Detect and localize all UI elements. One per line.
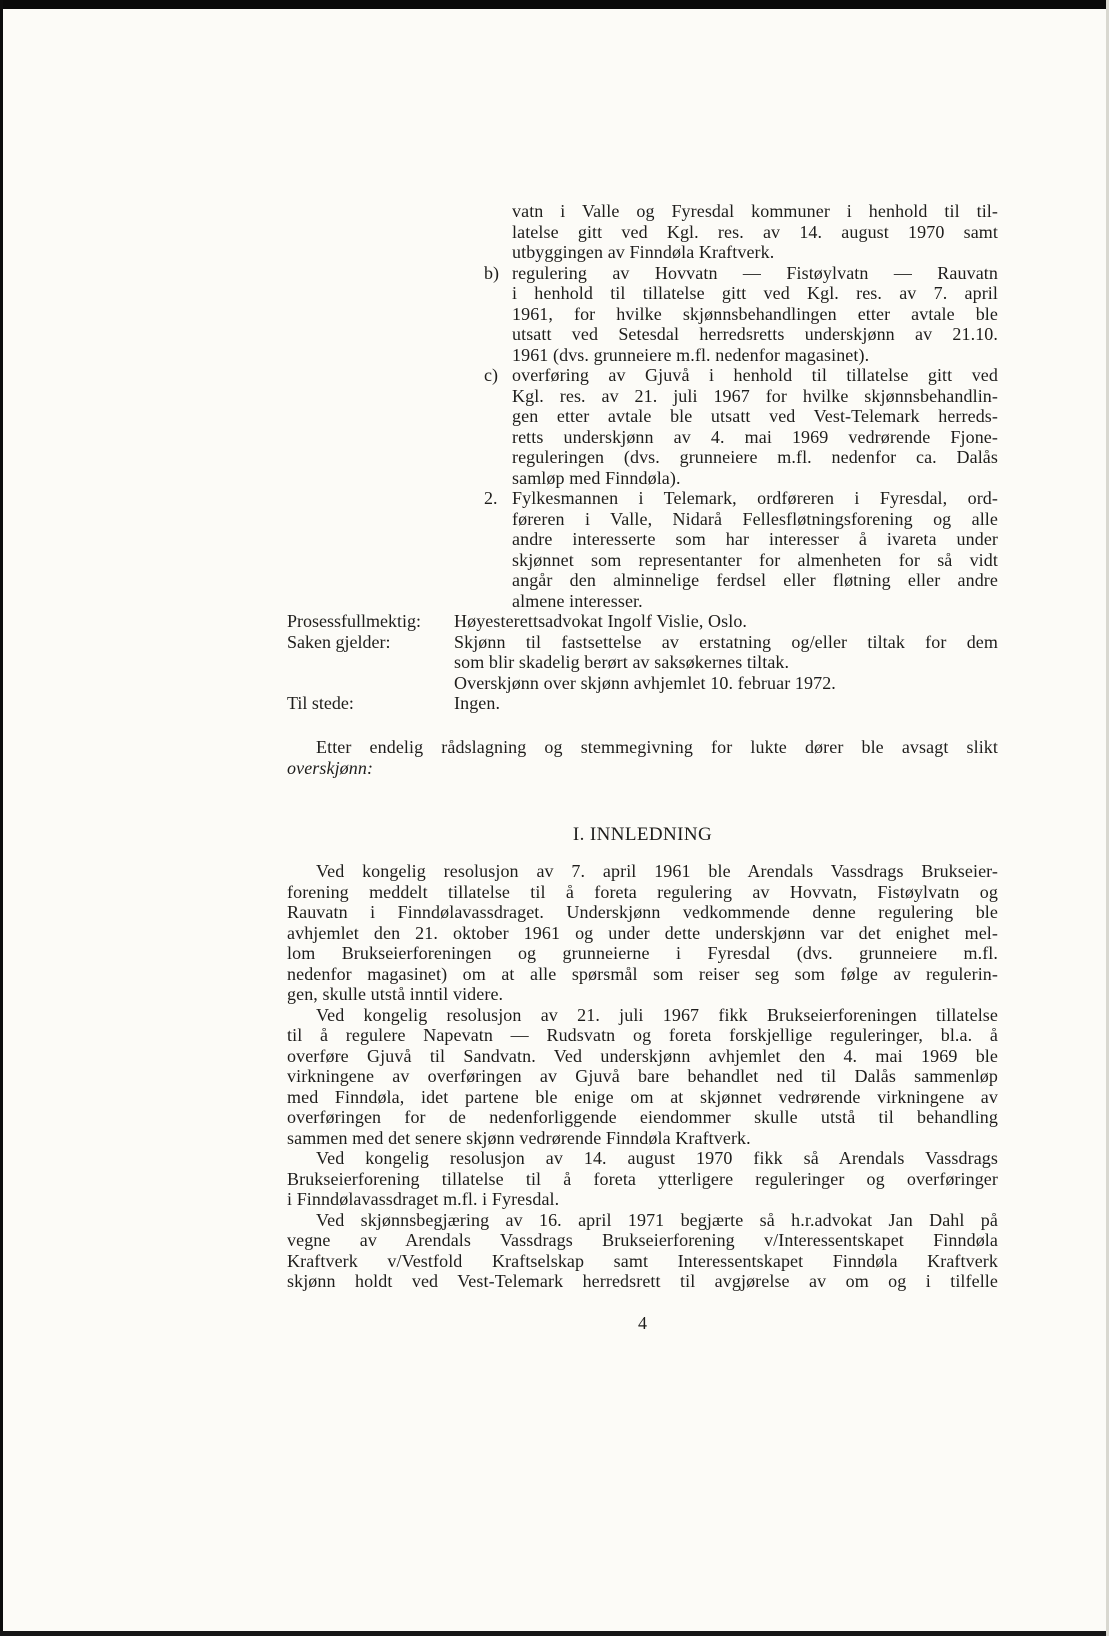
decision-intro-line-2: overskjønn:	[287, 758, 998, 779]
text-line: føreren i Valle, Nidarå Fellesfløtningsf…	[512, 509, 998, 530]
text-line: Ved kongelig resolusjon av 21. juli 1967…	[287, 1005, 998, 1026]
meta-label-prosessfullmektig: Prosessfullmektig:	[287, 611, 421, 632]
text-line: utbyggingen av Finndøla Kraftverk.	[512, 242, 998, 263]
text-line: Fylkesmannen i Telemark, ordføreren i Fy…	[512, 488, 998, 509]
meta-row-saken-gjelder: Saken gjelder: Skjønn til fastsettelse a…	[287, 632, 998, 694]
text-line: forening meddelt tillatelse til å foreta…	[287, 882, 998, 903]
text-line: reguleringen (dvs. grunneiere m.fl. nede…	[512, 447, 998, 468]
section-heading: I. INNLEDNING	[287, 825, 998, 846]
paragraph-4: Ved skjønnsbegjæring av 16. april 1971 b…	[287, 1210, 998, 1292]
case-meta: Prosessfullmektig: Høyesterettsadvokat I…	[287, 611, 998, 714]
text-line: overføringen for de nedenforliggende eie…	[287, 1107, 998, 1128]
section-body: Ved kongelig resolusjon av 7. april 1961…	[287, 861, 998, 1292]
meta-label-saken-gjelder: Saken gjelder:	[287, 632, 390, 653]
decision-intro: Etter endelig rådslagning og stemmegivni…	[287, 737, 998, 778]
text-line: nedenfor magasinet) om at alle spørsmål …	[287, 964, 998, 985]
text-line: vegne av Arendals Vassdrags Brukseierfor…	[287, 1230, 998, 1251]
text-line: Ved skjønnsbegjæring av 16. april 1971 b…	[287, 1210, 998, 1231]
text-line: almene interesser.	[512, 591, 998, 612]
scan-edge-top	[0, 0, 1109, 9]
list-marker-c: c)	[484, 365, 498, 386]
paragraph-1: Ved kongelig resolusjon av 7. april 1961…	[287, 861, 998, 1005]
list-item-a-continuation: vatn i Valle og Fyresdal kommuner i henh…	[484, 201, 998, 263]
scan-edge-left	[0, 0, 3, 1636]
text-line: Skjønn til fastsettelse av erstatning og…	[454, 632, 998, 653]
text-line: Overskjønn over skjønn avhjemlet 10. feb…	[454, 673, 998, 694]
list-item-2-lines: Fylkesmannen i Telemark, ordføreren i Fy…	[512, 488, 998, 611]
text-line: samløp med Finndøla).	[512, 468, 998, 489]
text-line: overføring av Gjuvå i henhold til tillat…	[512, 365, 998, 386]
text-line: Ingen.	[454, 693, 998, 714]
meta-row-til-stede: Til stede: Ingen.	[287, 693, 998, 714]
scanned-document-page: vatn i Valle og Fyresdal kommuner i henh…	[0, 0, 1109, 1636]
text-line: i henhold til tillatelse gitt ved Kgl. r…	[512, 283, 998, 304]
list-item-c-lines: overføring av Gjuvå i henhold til tillat…	[512, 365, 998, 488]
paragraph-3: Ved kongelig resolusjon av 14. august 19…	[287, 1148, 998, 1210]
text-line: overføre Gjuvå til Sandvatn. Ved undersk…	[287, 1046, 998, 1067]
page-number: 4	[287, 1313, 998, 1334]
text-line: gen, skulle utstå inntil videre.	[287, 984, 998, 1005]
meta-row-prosessfullmektig: Prosessfullmektig: Høyesterettsadvokat I…	[287, 611, 998, 632]
text-line: andre interesserte som har interesser å …	[512, 529, 998, 550]
case-subject-list: vatn i Valle og Fyresdal kommuner i henh…	[484, 201, 998, 611]
text-line: angår den alminnelige ferdsel eller fløt…	[512, 570, 998, 591]
text-line: til å regulere Napevatn — Rudsvatn og fo…	[287, 1025, 998, 1046]
saken-gjelder-sentence-1: Skjønn til fastsettelse av erstatning og…	[454, 632, 998, 673]
text-line: 1961 (dvs. grunneiere m.fl. nedenfor mag…	[512, 345, 998, 366]
text-line: retts underskjønn av 4. mai 1969 vedrøre…	[512, 427, 998, 448]
meta-value-saken-gjelder: Skjønn til fastsettelse av erstatning og…	[454, 632, 998, 694]
text-line: avhjemlet den 21. oktober 1961 og under …	[287, 923, 998, 944]
text-line: Brukseierforening tillatelse til å foret…	[287, 1169, 998, 1190]
text-line: Kraftverk v/Vestfold Kraftselskap samt I…	[287, 1251, 998, 1272]
list-item-b-lines: regulering av Hovvatn — Fistøylvatn — Ra…	[512, 263, 998, 366]
list-item-b: b) regulering av Hovvatn — Fistøylvatn —…	[484, 263, 998, 366]
text-line: 1961, for hvilke skjønnsbehandlingen ett…	[512, 304, 998, 325]
text-line: skjønn holdt ved Vest-Telemark herredsre…	[287, 1271, 998, 1292]
text-line: Rauvatn i Finndølavassdraget. Underskjøn…	[287, 902, 998, 923]
text-line: vatn i Valle og Fyresdal kommuner i henh…	[512, 201, 998, 222]
list-item-a-lines: vatn i Valle og Fyresdal kommuner i henh…	[512, 201, 998, 263]
text-line: Høyesterettsadvokat Ingolf Vislie, Oslo.	[454, 611, 998, 632]
text-line: regulering av Hovvatn — Fistøylvatn — Ra…	[512, 263, 998, 284]
text-line: i Finndølavassdraget m.fl. i Fyresdal.	[287, 1189, 998, 1210]
meta-value-prosessfullmektig: Høyesterettsadvokat Ingolf Vislie, Oslo.	[454, 611, 998, 632]
text-line: virkningene av overføringen av Gjuvå bar…	[287, 1066, 998, 1087]
text-line: lom Brukseierforeningen og grunneierne i…	[287, 943, 998, 964]
meta-value-til-stede: Ingen.	[454, 693, 998, 714]
saken-gjelder-sentence-2: Overskjønn over skjønn avhjemlet 10. feb…	[454, 673, 998, 694]
paragraph-2: Ved kongelig resolusjon av 21. juli 1967…	[287, 1005, 998, 1149]
text-line: Kgl. res. av 21. juli 1967 for hvilke sk…	[512, 386, 998, 407]
scan-edge-bottom	[0, 1631, 1109, 1636]
text-line: utsatt ved Setesdal herredsretts undersk…	[512, 324, 998, 345]
list-marker-2: 2.	[484, 488, 498, 509]
text-line: Ved kongelig resolusjon av 7. april 1961…	[287, 861, 998, 882]
decision-intro-line-1: Etter endelig rådslagning og stemmegivni…	[287, 737, 998, 758]
text-line: skjønnet som representanter for almenhet…	[512, 550, 998, 571]
text-line: med Finndøla, idet partene ble enige om …	[287, 1087, 998, 1108]
text-line: Ved kongelig resolusjon av 14. august 19…	[287, 1148, 998, 1169]
text-line: sammen med det senere skjønn vedrørende …	[287, 1128, 998, 1149]
text-line: latelse gitt ved Kgl. res. av 14. august…	[512, 222, 998, 243]
text-line: som blir skadelig berørt av saksøkernes …	[454, 652, 998, 673]
meta-label-til-stede: Til stede:	[287, 693, 354, 714]
text-line: gen etter avtale ble utsatt ved Vest-Tel…	[512, 406, 998, 427]
list-marker-b: b)	[484, 263, 499, 284]
list-item-2: 2. Fylkesmannen i Telemark, ordføreren i…	[484, 488, 998, 611]
list-item-c: c) overføring av Gjuvå i henhold til til…	[484, 365, 998, 488]
